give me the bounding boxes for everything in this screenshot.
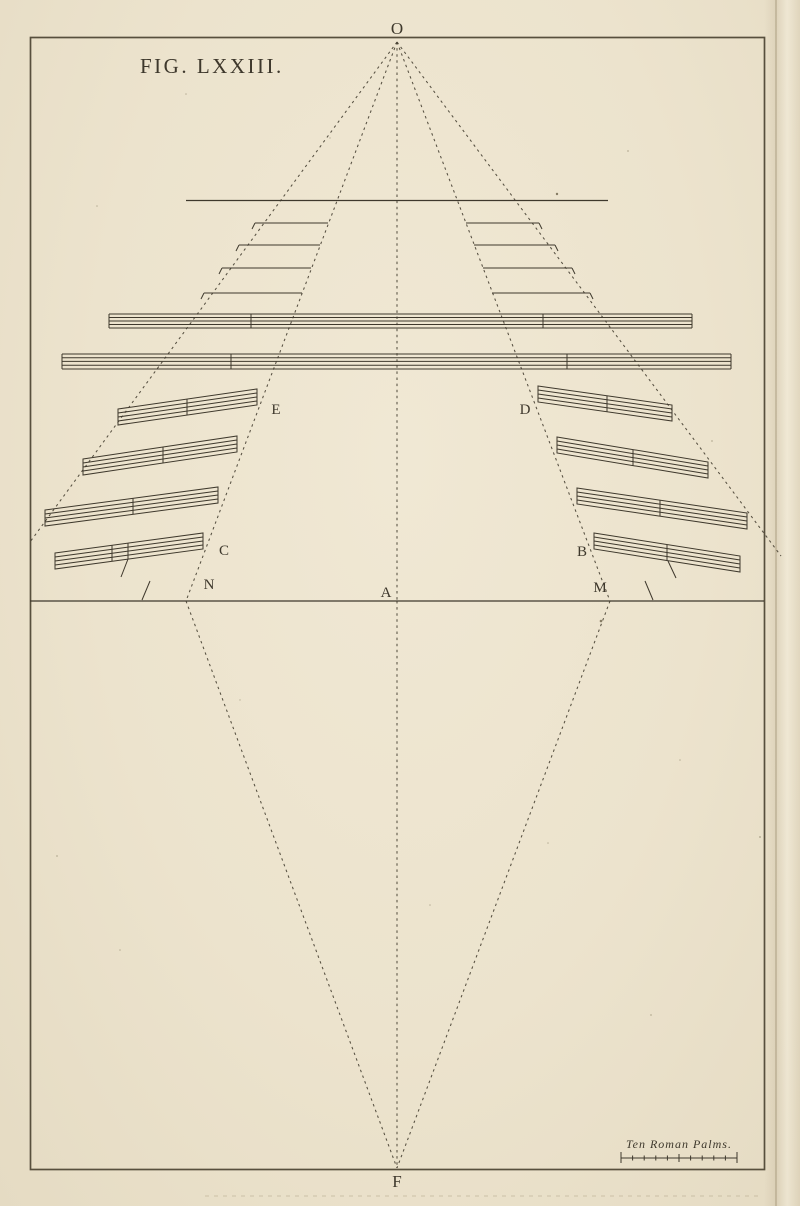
scale-caption: Ten Roman Palms. (626, 1137, 732, 1151)
tilted-bar-left-1 (118, 389, 257, 425)
figure-title: FIG. LXXIII. (140, 54, 284, 78)
label-point-a: A (381, 585, 392, 601)
tilted-bar-left-3 (45, 487, 218, 526)
tilted-bar-right-4 (594, 533, 740, 578)
tilted-bar-left-2 (83, 436, 237, 475)
label-point-m: M (593, 580, 606, 596)
label-point-b: B (577, 544, 587, 560)
tilted-bar-right-1 (538, 386, 672, 421)
perspective-diagram: FIG. LXXIII. O A F E D C B N M Ten Roman… (0, 0, 800, 1206)
engraving-plate: FIG. LXXIII. O A F E D C B N M Ten Roman… (0, 0, 800, 1206)
label-point-d: D (520, 402, 531, 418)
tilted-bar-left-4 (55, 533, 203, 577)
tilted-bar-right-3 (577, 488, 747, 529)
label-point-o: O (391, 19, 403, 38)
label-point-n: N (204, 577, 215, 593)
scale-bar (621, 1152, 737, 1163)
label-point-f: F (392, 1172, 401, 1191)
ladder-rungs-left (201, 223, 328, 299)
label-point-e: E (271, 402, 280, 418)
label-point-c: C (219, 543, 229, 559)
vanishing-lines-lower (186, 601, 610, 1168)
long-bar-upper (109, 314, 692, 328)
tilted-bar-right-2 (557, 437, 708, 478)
ladder-rungs-right (466, 223, 593, 299)
